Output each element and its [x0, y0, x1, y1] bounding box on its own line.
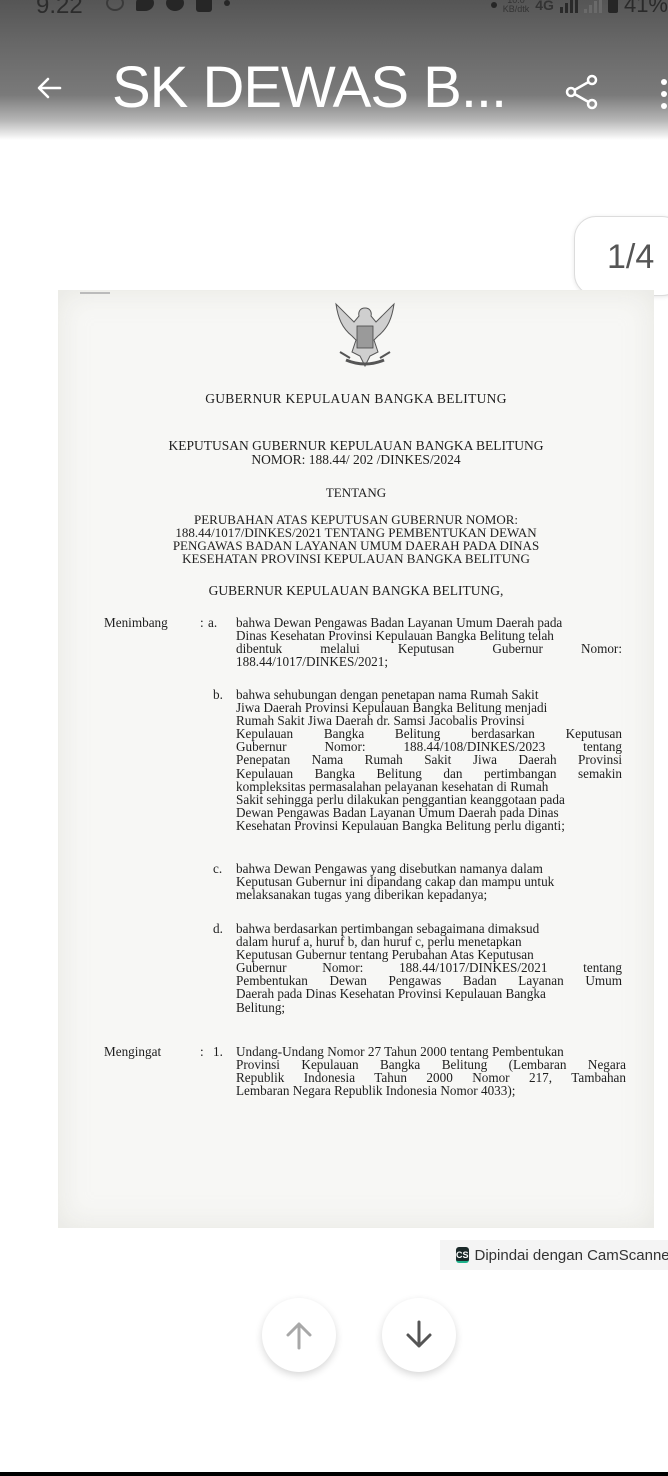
battery-icon	[608, 0, 618, 13]
more-notifications-dot-icon	[224, 0, 230, 6]
decree-title: KEPUTUSAN GUBERNUR KEPULAUAN BANGKA BELI…	[58, 439, 654, 453]
watermark-text: Dipindai dengan CamScanner	[475, 1247, 668, 1264]
dot-icon	[491, 2, 497, 8]
mengingat-label: Mengingat	[104, 1045, 161, 1058]
app-bar: SK DEWAS B...	[0, 50, 668, 122]
item-marker: b.	[213, 688, 233, 701]
app-notification-icon	[166, 0, 184, 11]
subject-line: KESEHATAN PROVINSI KEPULAUAN BANGKA BELI…	[58, 552, 654, 565]
mengingat-colon: :	[200, 1045, 204, 1058]
item-marker: a.	[208, 616, 228, 629]
item-marker: d.	[213, 922, 233, 935]
recalling-1: Undang-Undang Nomor 27 Tahun 2000 tentan…	[236, 1045, 626, 1097]
scan-artifact	[80, 292, 110, 294]
network-type: 4G	[535, 0, 554, 13]
document-title: SK DEWAS B...	[112, 54, 506, 121]
status-time: 9.22	[36, 0, 83, 20]
page-counter: 1/4	[574, 216, 668, 296]
share-icon	[562, 72, 602, 112]
net-speed: 10.0KB/dtk	[503, 0, 530, 14]
signal-sim2-icon	[584, 0, 602, 13]
share-button[interactable]	[562, 72, 602, 112]
status-bar: 9.22 10.0KB/dtk 4G 41%	[0, 0, 668, 18]
arrow-down-icon	[402, 1318, 436, 1352]
considering-b: bahwa sehubungan dengan penetapan nama R…	[236, 688, 622, 832]
top-app-bar: 9.22 10.0KB/dtk 4G 41% SK DEWAS B...	[0, 0, 668, 140]
arrow-up-icon	[282, 1318, 316, 1352]
issuer: GUBERNUR KEPULAUAN BANGKA BELITUNG,	[58, 583, 654, 599]
about-label: TENTANG	[58, 485, 654, 501]
more-vert-icon	[660, 76, 668, 116]
decree-subject: PERUBAHAN ATAS KEPUTUSAN GUBERNUR NOMOR:…	[58, 513, 654, 565]
status-right: 10.0KB/dtk 4G 41%	[491, 0, 668, 18]
notification-icons	[106, 0, 230, 12]
menimbang-colon: :	[200, 616, 204, 629]
menimbang-label: Menimbang	[104, 616, 168, 629]
decree-number: NOMOR: 188.44/ 202 /DINKES/2024	[58, 453, 654, 467]
item-marker: 1.	[213, 1045, 233, 1058]
battery-percent: 41%	[624, 0, 668, 18]
back-button[interactable]	[30, 68, 70, 108]
considering-d: bahwa berdasarkan pertimbangan sebagaima…	[236, 922, 622, 1014]
next-page-button[interactable]	[382, 1298, 456, 1372]
back-arrow-icon	[30, 68, 70, 108]
item-marker: c.	[213, 862, 233, 875]
garuda-emblem-icon	[330, 294, 400, 378]
signal-icon	[560, 0, 578, 13]
camscanner-logo-icon: CS	[456, 1247, 469, 1263]
more-options-button[interactable]	[660, 76, 668, 116]
previous-page-button[interactable]	[262, 1298, 336, 1372]
decree-heading: KEPUTUSAN GUBERNUR KEPULAUAN BANGKA BELI…	[58, 439, 654, 467]
document-page[interactable]: GUBERNUR KEPULAUAN BANGKA BELITUNG KEPUT…	[58, 290, 654, 1228]
gallery-icon	[196, 0, 212, 12]
camscanner-watermark: CS Dipindai dengan CamScanner	[440, 1240, 668, 1270]
message-icon	[136, 0, 154, 11]
considering-c: bahwa Dewan Pengawas yang disebutkan nam…	[236, 862, 622, 901]
considering-a: bahwa Dewan Pengawas Badan Layanan Umum …	[236, 616, 622, 668]
bottom-edge	[0, 1472, 668, 1476]
whatsapp-icon	[106, 0, 124, 11]
letterhead: GUBERNUR KEPULAUAN BANGKA BELITUNG	[58, 391, 654, 407]
